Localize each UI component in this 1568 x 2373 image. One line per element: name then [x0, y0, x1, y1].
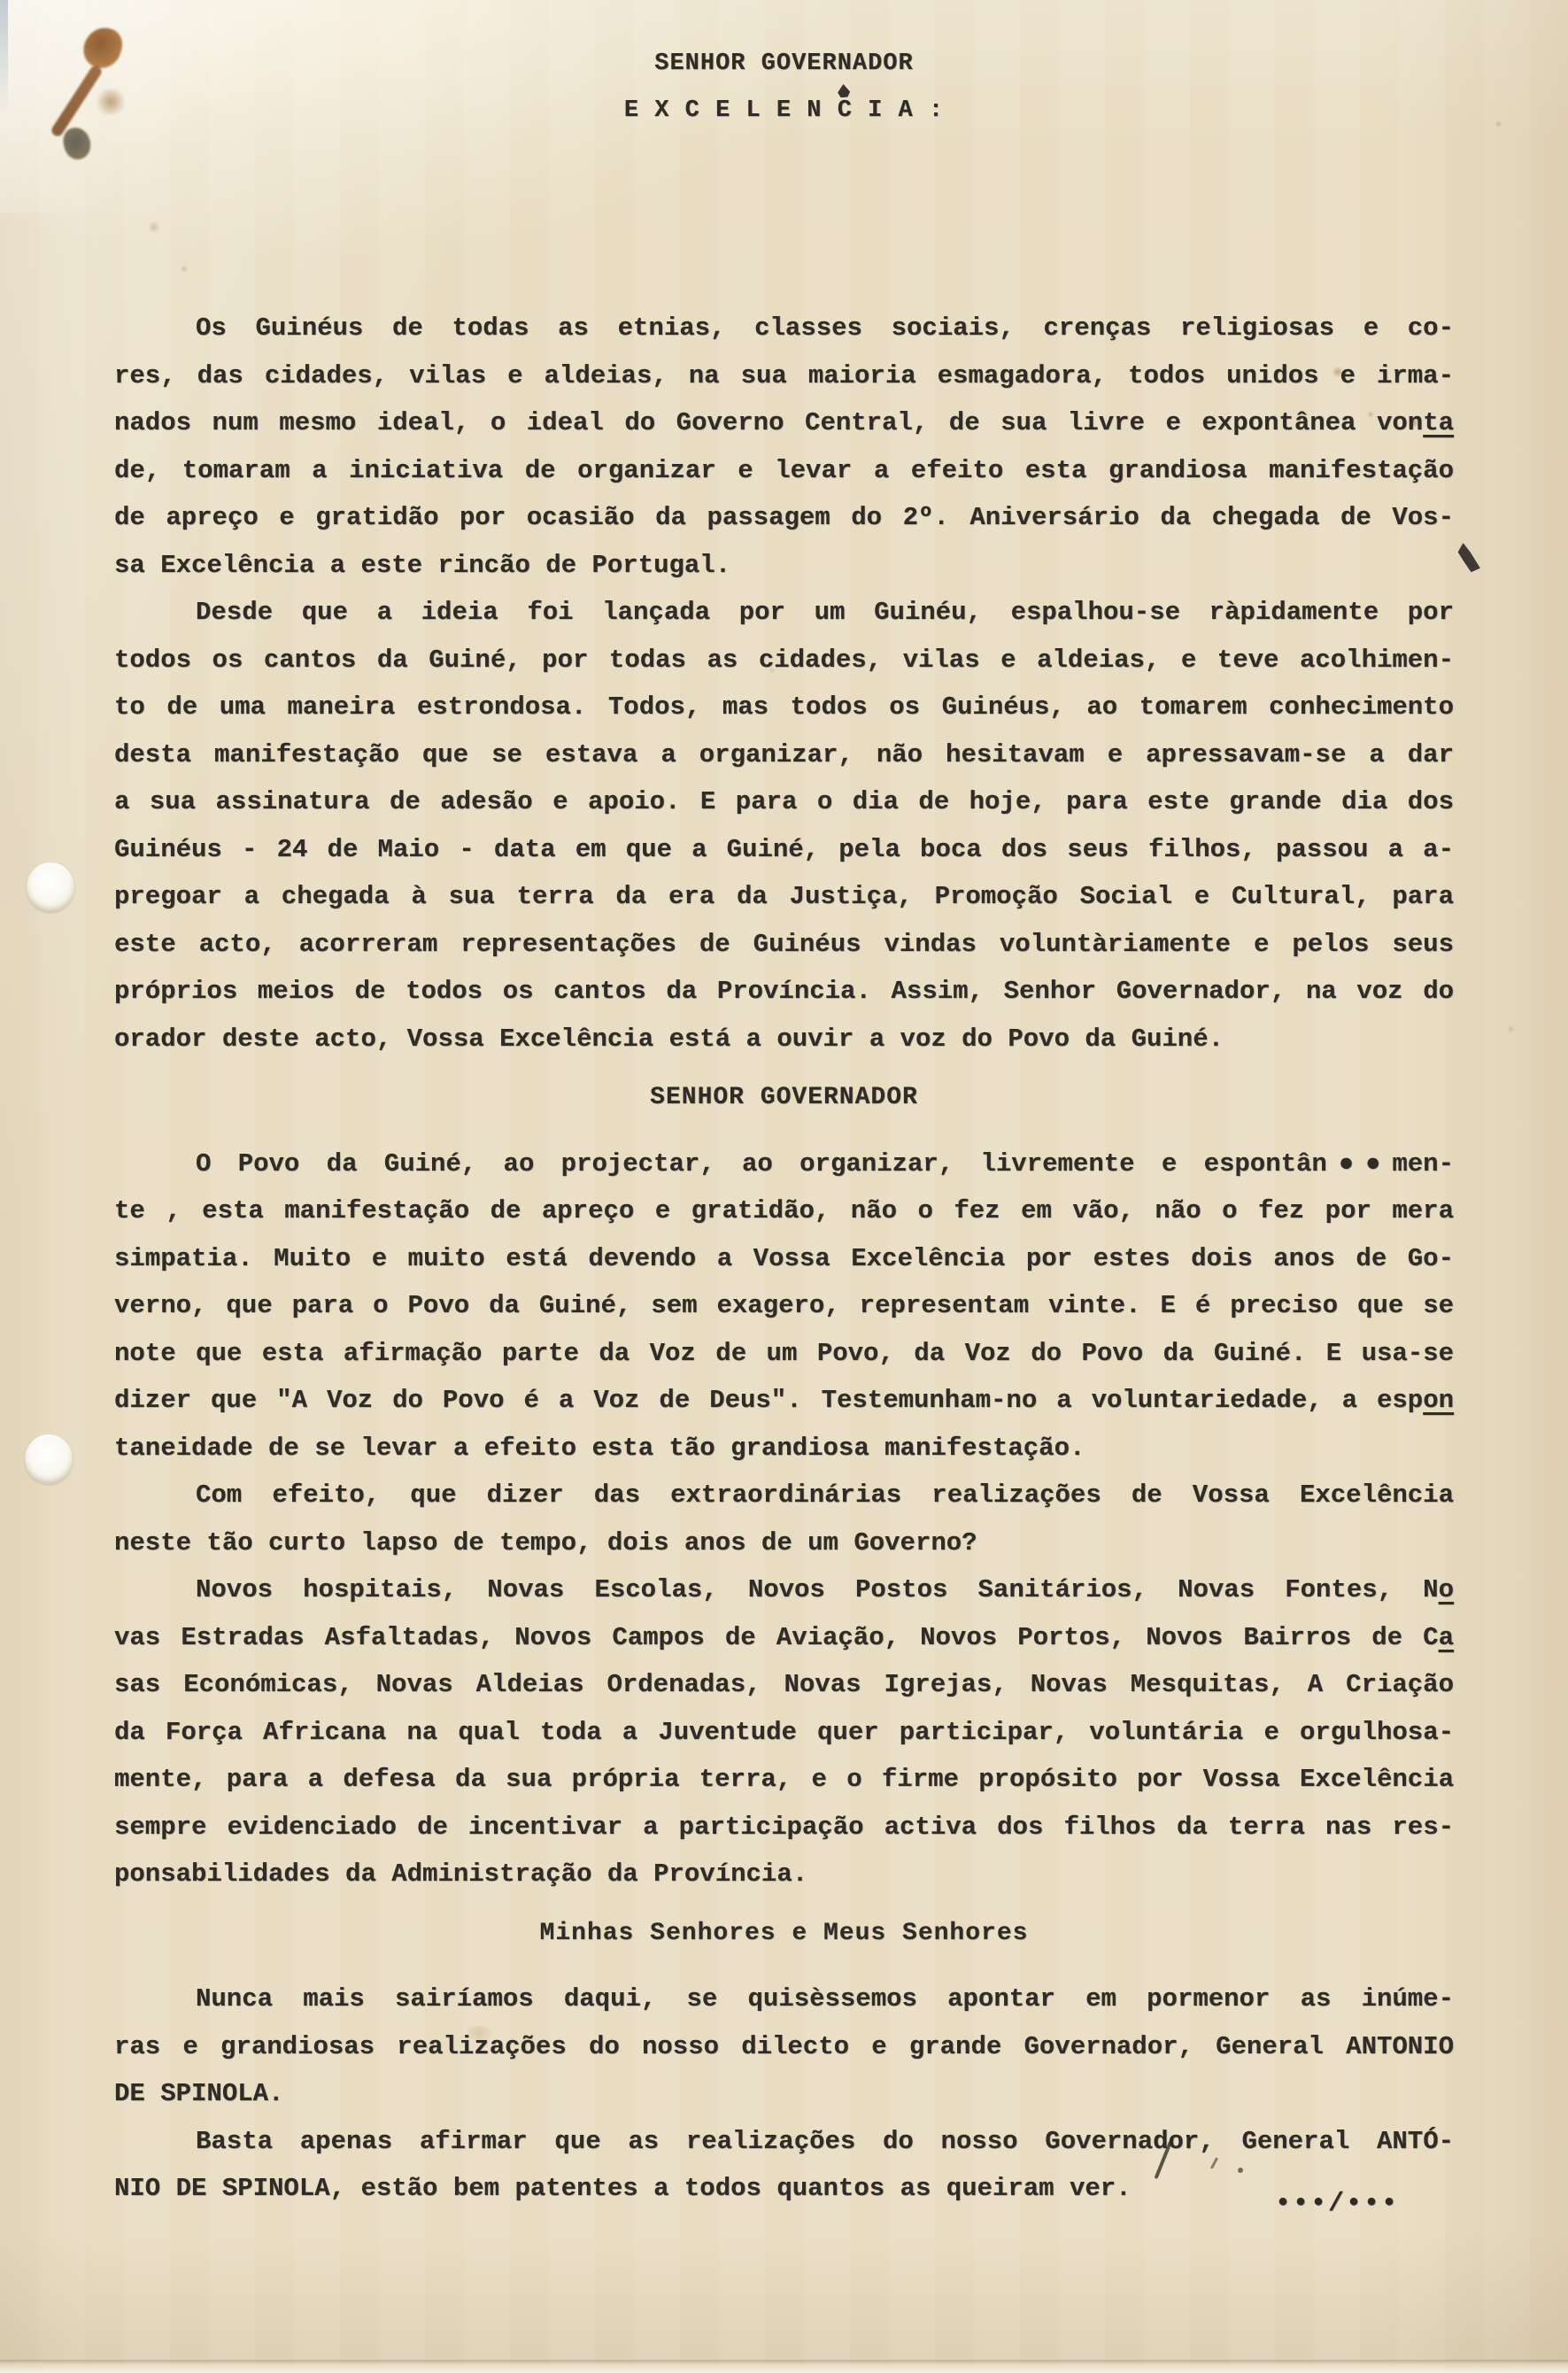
- paragraph: Com efeito, que dizer das extraordinária…: [114, 1472, 1454, 1566]
- paper-stain: [1507, 1025, 1515, 1032]
- paper-stain: [147, 221, 161, 233]
- text-line: Desde que a ideia foi lançada por um Gui…: [114, 589, 1454, 637]
- text-line: verno, que para o Povo da Guiné, sem exa…: [114, 1282, 1454, 1330]
- text-line: Basta apenas afirmar que as realizações …: [114, 2118, 1454, 2166]
- text-line: to de uma maneira estrondosa. Todos, mas…: [114, 684, 1454, 731]
- document-body: Os Guinéus de todas as etnias, classes s…: [114, 305, 1454, 2213]
- text-line: DE SPINOLA.: [114, 2070, 1454, 2118]
- text-line: próprios meios de todos os cantos da Pro…: [114, 968, 1454, 1016]
- document-page: SENHOR GOVERNADOR E X C E L E N C I A : …: [0, 0, 1568, 2373]
- text-line: taneidade de se levar a efeito esta tão …: [114, 1425, 1454, 1472]
- text-line: este acto, acorreram representações de G…: [114, 921, 1454, 969]
- text-line: ras e grandiosas realizações do nosso di…: [114, 2023, 1454, 2071]
- text-line: sa Excelência a este rincão de Portugal.: [114, 542, 1454, 590]
- paragraph: Os Guinéus de todas as etnias, classes s…: [114, 305, 1454, 589]
- text-line: ponsabilidades da Administração da Proví…: [114, 1851, 1454, 1898]
- document-salutation: E X C E L E N C I A :: [114, 97, 1454, 124]
- paragraph: O Povo da Guiné, ao projectar, ao organi…: [114, 1140, 1454, 1472]
- punch-hole: [27, 862, 74, 912]
- page-edge-shadow: [0, 0, 8, 115]
- scanned-document-screenshot: { "colors": { "paper": "#eadfc5", "ink":…: [0, 0, 1568, 2373]
- text-line: simpatia. Muito e muito está devendo a V…: [114, 1235, 1454, 1283]
- page-bottom-edge: [0, 2360, 1568, 2373]
- text-line: sempre evidenciado de incentivar a parti…: [114, 1804, 1454, 1851]
- text-line: vas Estradas Asfaltadas, Novos Campos de…: [114, 1614, 1454, 1662]
- paragraph: Novos hospitais, Novas Escolas, Novos Po…: [114, 1566, 1454, 1898]
- text-line: Guinéus - 24 de Maio - data em que a Gui…: [114, 826, 1454, 874]
- text-line: Os Guinéus de todas as etnias, classes s…: [114, 305, 1454, 352]
- text-line: Com efeito, que dizer das extraordinária…: [114, 1472, 1454, 1519]
- paragraph: Basta apenas afirmar que as realizações …: [114, 2118, 1454, 2213]
- text-line: de apreço e gratidão por ocasião da pass…: [114, 494, 1454, 542]
- text-line: Nunca mais sairíamos daqui, se quisèssem…: [114, 1975, 1454, 2023]
- section-heading: SENHOR GOVERNADOR: [114, 1074, 1454, 1122]
- text-line: res, das cidades, vilas e aldeias, na su…: [114, 352, 1454, 400]
- text-line: O Povo da Guiné, ao projectar, ao organi…: [114, 1140, 1454, 1188]
- text-line: de, tomaram a iniciativa de organizar e …: [114, 447, 1454, 495]
- paper-stain: [1495, 120, 1502, 128]
- text-line: note que esta afirmação parte da Voz de …: [114, 1330, 1454, 1378]
- text-line: nados num mesmo ideal, o ideal do Govern…: [114, 399, 1454, 447]
- text-line: dizer que "A Voz do Povo é a Voz de Deus…: [114, 1377, 1454, 1425]
- text-line: desta manifestação que se estava a organ…: [114, 731, 1454, 779]
- text-line: NIO DE SPINOLA, estão bem patentes a tod…: [114, 2165, 1454, 2213]
- paragraph: Desde que a ideia foi lançada por um Gui…: [114, 589, 1454, 1063]
- document-title: SENHOR GOVERNADOR: [114, 50, 1454, 77]
- text-line: pregoar a chegada à sua terra da era da …: [114, 873, 1454, 921]
- text-line: Novos hospitais, Novas Escolas, Novos Po…: [114, 1566, 1454, 1614]
- text-line: te , esta manifestação de apreço e grati…: [114, 1187, 1454, 1235]
- text-line: a sua assinatura de adesão e apoio. E pa…: [114, 778, 1454, 826]
- continuation-mark: •••/•••: [1275, 2189, 1399, 2219]
- typed-accent-mark: [837, 84, 850, 98]
- paragraph: Nunca mais sairíamos daqui, se quisèssem…: [114, 1975, 1454, 2118]
- text-line: neste tão curto lapso de tempo, dois ano…: [114, 1519, 1454, 1567]
- section-heading: Minhas Senhores e Meus Senhores: [114, 1910, 1454, 1958]
- ink-splatter: [1456, 543, 1482, 574]
- paper-stain: [180, 265, 189, 273]
- text-line: da Força Africana na qual toda a Juventu…: [114, 1709, 1454, 1757]
- text-line: sas Económicas, Novas Aldeias Ordenadas,…: [114, 1661, 1454, 1709]
- punch-hole: [25, 1434, 73, 1484]
- staple-rust-stain: [44, 14, 159, 165]
- text-line: orador deste acto, Vossa Excelência está…: [114, 1016, 1454, 1063]
- text-line: mente, para a defesa da sua própria terr…: [114, 1756, 1454, 1804]
- text-line: todos os cantos da Guiné, por todas as c…: [114, 637, 1454, 684]
